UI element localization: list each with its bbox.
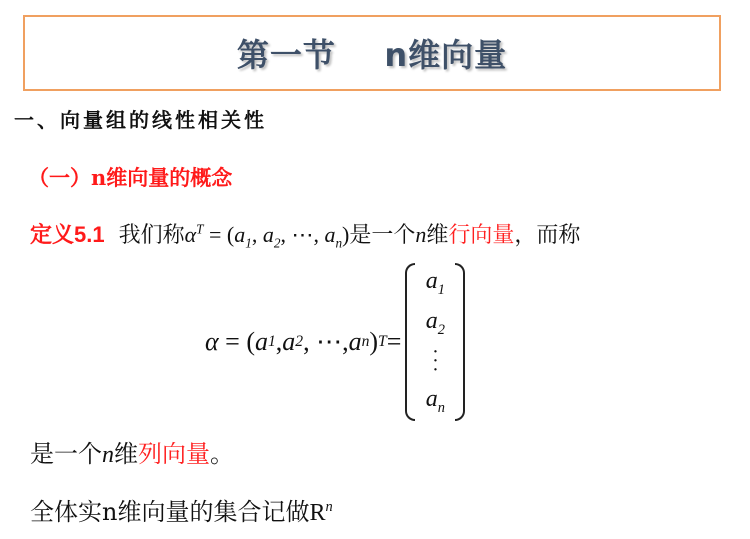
- wei-char-2: 维: [114, 440, 138, 468]
- column-vector-term: 列向量: [138, 440, 210, 468]
- vertical-dots: ···: [432, 348, 439, 375]
- row-vector-expression: = (a1, a2, ⋯, an): [204, 222, 350, 247]
- section-heading: 一、向量组的线性相关性: [14, 104, 267, 133]
- right-paren: [455, 263, 465, 421]
- n-symbol-2: n: [102, 442, 114, 468]
- slide-title: 第一节 n维向量: [237, 30, 507, 76]
- definition-text-before: 我们称: [119, 223, 185, 248]
- line3-suffix: 。: [210, 440, 234, 468]
- wei-char: 维: [426, 223, 448, 248]
- left-paren: [405, 263, 415, 421]
- column-vector-equation: α = (a1, a2, ⋯, an)T= a1 a2 ··· an: [205, 262, 465, 422]
- alpha-lhs: α: [205, 327, 219, 357]
- subsection-heading: （一）n维向量的概念: [28, 162, 232, 192]
- line3-prefix: 是一个: [30, 440, 102, 468]
- entry-a1: a1: [426, 269, 445, 297]
- column-vector-matrix: a1 a2 ··· an: [405, 263, 465, 421]
- definition-text-after: ，而称: [514, 223, 580, 248]
- definition-text-mid: 是一个: [349, 223, 415, 248]
- n-symbol: n: [415, 222, 426, 247]
- line4-text: 全体实n维向量的集合记做: [30, 498, 309, 526]
- r-symbol: R: [309, 500, 325, 526]
- definition-label: 定义5.1: [30, 222, 105, 247]
- alpha-symbol: αT: [185, 222, 204, 247]
- entry-a2: a2: [426, 309, 445, 337]
- rn-sup: n: [325, 499, 332, 515]
- transpose-sup: T: [378, 333, 387, 351]
- row-vector-term: 行向量: [448, 223, 514, 248]
- column-vector-line: 是一个n维列向量。: [30, 434, 234, 469]
- rn-line: 全体实n维向量的集合记做Rn: [30, 492, 333, 527]
- entry-an: an: [426, 387, 445, 415]
- slide-title-box: 第一节 n维向量: [23, 15, 721, 91]
- definition-line: 定义5.1我们称αT = (a1, a2, ⋯, an)是一个n维行向量，而称: [30, 218, 580, 251]
